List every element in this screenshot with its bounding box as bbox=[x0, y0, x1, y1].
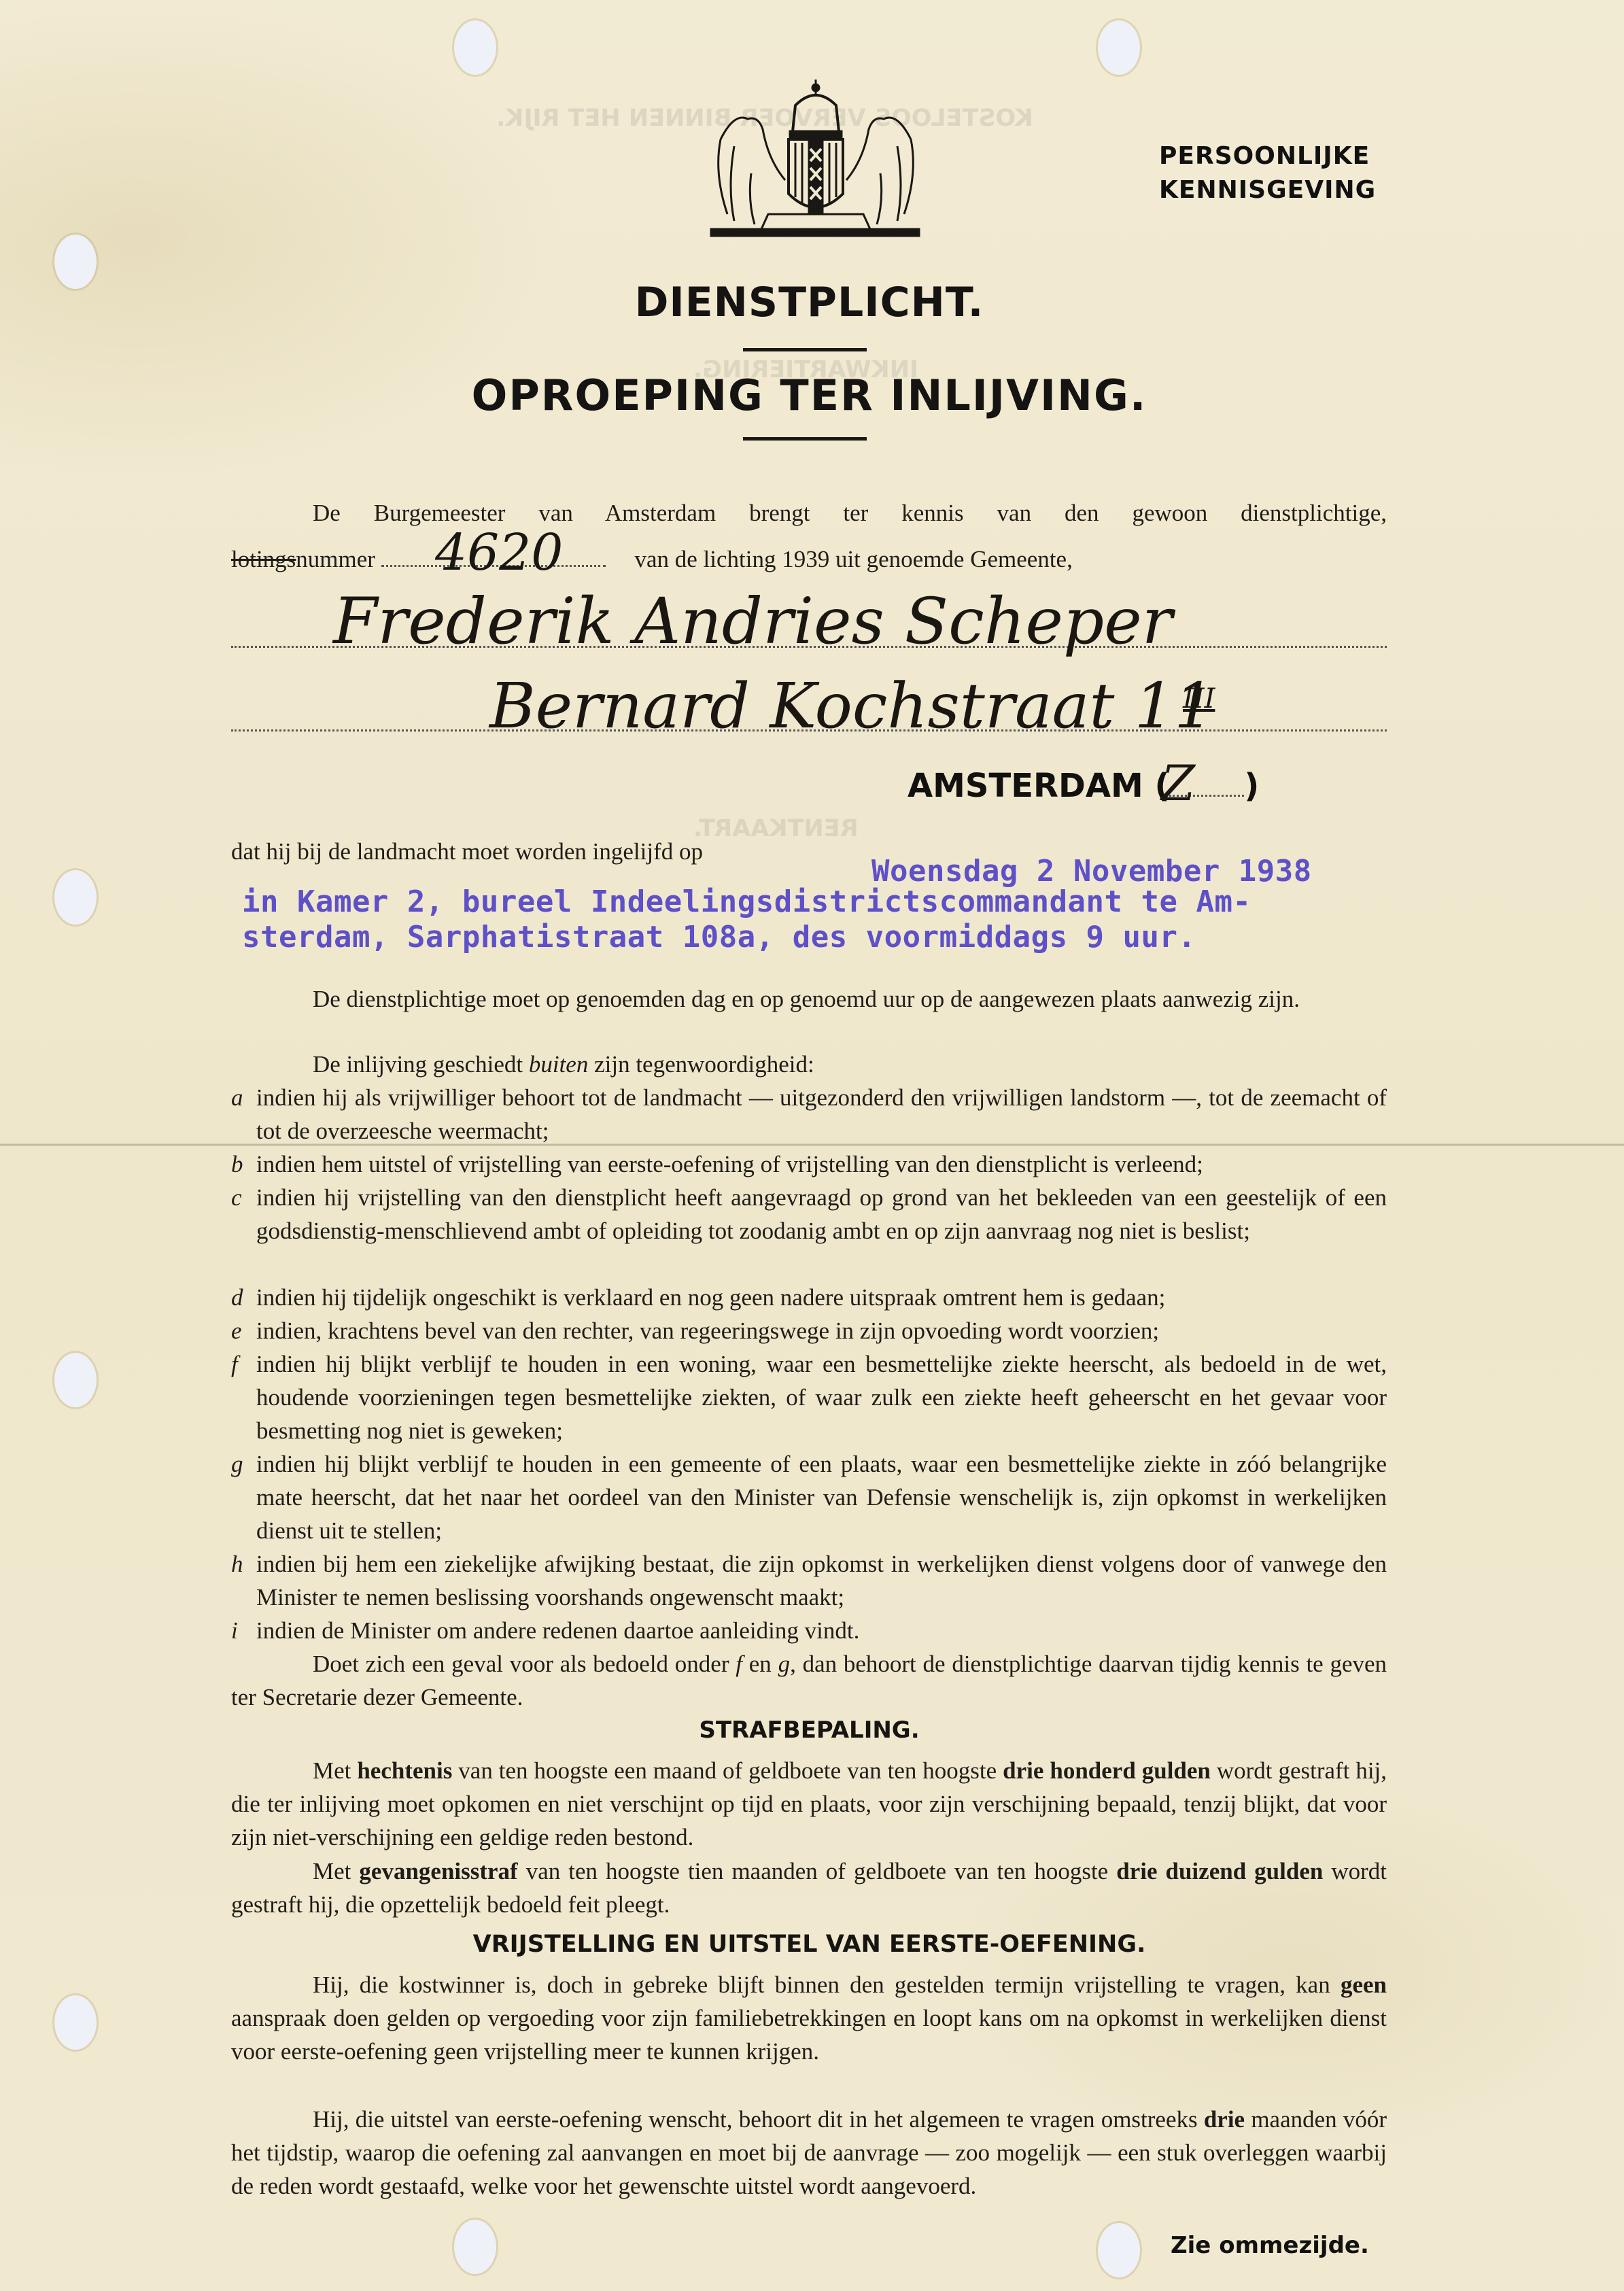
title-divider bbox=[743, 348, 867, 351]
condition-item: f indien hij blijkt verblijf te houden i… bbox=[231, 1347, 1387, 1447]
bleed-through-text: RENTKAART. bbox=[693, 812, 859, 846]
condition-item: i indien de Minister om andere redenen d… bbox=[231, 1614, 1387, 1647]
condition-label: c bbox=[231, 1181, 242, 1214]
notify-g: g bbox=[778, 1651, 791, 1677]
punch-hole bbox=[1098, 2223, 1140, 2277]
condition-item: b indien hem uitstel of vrijstelling van… bbox=[231, 1148, 1387, 1181]
presence-paragraph: De dienstplichtige moet op genoemden dag… bbox=[231, 982, 1387, 1016]
penalty1-bold1: hechtenis bbox=[357, 1757, 452, 1784]
notice-type-label: PERSOONLIJKE KENNISGEVING bbox=[1159, 139, 1376, 207]
punch-hole bbox=[54, 870, 97, 925]
condition-label: h bbox=[231, 1547, 243, 1581]
city-close: ) bbox=[1244, 767, 1259, 805]
district-handwritten: Z bbox=[1161, 755, 1195, 812]
exemption-paragraph-1: Hij, die kostwinner is, doch in gebreke … bbox=[231, 1968, 1387, 2068]
condition-item: a indien hij als vrijwilliger behoort to… bbox=[231, 1081, 1387, 1148]
penalty-paragraph-2: Met gevangenisstraf van ten hoogste tien… bbox=[231, 1855, 1387, 1921]
notify-paragraph: Doet zich een geval voor als bedoeld ond… bbox=[231, 1647, 1387, 1714]
absence-intro-before: De inlijving geschiedt bbox=[313, 1051, 523, 1078]
punch-hole bbox=[54, 1995, 97, 2050]
intro-line: De Burgemeester van Amsterdam brengt ter… bbox=[231, 496, 1387, 530]
condition-item: c indien hij vrijstelling van den dienst… bbox=[231, 1181, 1387, 1247]
condition-text: indien hij tijdelijk ongeschikt is verkl… bbox=[256, 1281, 1387, 1314]
lot-number-handwritten: 4620 bbox=[435, 523, 563, 582]
summons-typed-location: in Kamer 2, bureel Indeelingsdistrictsco… bbox=[242, 884, 1251, 920]
condition-item: e indien, krachtens bevel van den rechte… bbox=[231, 1314, 1387, 1347]
condition-label: d bbox=[231, 1281, 243, 1314]
penalty-paragraph-1: Met hechtenis van ten hoogste een maand … bbox=[231, 1754, 1387, 1854]
condition-text: indien hem uitstel of vrijstelling van e… bbox=[256, 1148, 1387, 1181]
penalty2-b: van ten hoogste tien maanden of geldboet… bbox=[526, 1858, 1108, 1884]
exemption2-bold: drie bbox=[1204, 2106, 1245, 2133]
punch-hole bbox=[454, 20, 496, 75]
condition-item: h indien bij hem een ziekelijke afwijkin… bbox=[231, 1547, 1387, 1614]
penalty1-b: van ten hoogste een maand of geldboete v… bbox=[458, 1757, 997, 1784]
condition-text: indien, krachtens bevel van den rechter,… bbox=[256, 1314, 1387, 1347]
punch-hole bbox=[1098, 20, 1140, 75]
exemption1-b: aanspraak doen gelden op vergoeding voor… bbox=[231, 2005, 1387, 2065]
penalty1-bold2: drie honderd gulden bbox=[1003, 1757, 1211, 1784]
amsterdam-coat-of-arms-icon bbox=[707, 78, 925, 241]
vrijstelling-heading: VRIJSTELLING EN UITSTEL VAN EERSTE-OEFEN… bbox=[0, 1931, 1621, 1958]
condition-label: a bbox=[231, 1081, 243, 1114]
condition-text: indien bij hem een ziekelijke afwijking … bbox=[256, 1547, 1387, 1614]
condition-text: indien hij blijkt verblijf te houden in … bbox=[256, 1447, 1387, 1547]
condition-label: b bbox=[231, 1148, 243, 1181]
condition-text: indien hij vrijstelling van den dienstpl… bbox=[256, 1181, 1387, 1247]
lot-number-line: lotingsnummer van de lichting 1939 uit g… bbox=[231, 542, 1387, 576]
condition-text: indien de Minister om andere redenen daa… bbox=[256, 1614, 1387, 1647]
lot-label: nummer bbox=[296, 546, 375, 572]
absence-intro-after: zijn tegenwoordigheid: bbox=[594, 1051, 814, 1078]
exemption-paragraph-2: Hij, die uitstel van eerste-oefening wen… bbox=[231, 2103, 1387, 2203]
penalty1-a: Met bbox=[313, 1757, 351, 1784]
condition-item: g indien hij blijkt verblijf te houden i… bbox=[231, 1447, 1387, 1547]
document-subtitle: OPROEPING TER INLIJVING. bbox=[0, 371, 1621, 420]
punch-hole bbox=[454, 2220, 496, 2274]
notify-before: Doet zich een geval voor als bedoeld ond… bbox=[313, 1651, 729, 1677]
strafbepaling-heading: STRAFBEPALING. bbox=[0, 1717, 1621, 1744]
turn-over-note: Zie ommezijde. bbox=[1171, 2232, 1369, 2259]
city-name: AMSTERDAM ( bbox=[908, 767, 1169, 805]
address-handwritten: Bernard Kochstraat 11 bbox=[489, 670, 1214, 742]
lot-label-struck: lotings bbox=[231, 546, 296, 572]
punch-hole bbox=[54, 1353, 97, 1407]
lot-after: van de lichting 1939 uit genoemde Gemeen… bbox=[634, 546, 1072, 572]
condition-label: e bbox=[231, 1314, 242, 1347]
condition-text: indien hij blijkt verblijf te houden in … bbox=[256, 1347, 1387, 1447]
penalty2-a: Met bbox=[313, 1858, 351, 1884]
summons-typed-address: sterdam, Sarphatistraat 108a, des voormi… bbox=[242, 919, 1196, 956]
condition-item: d indien hij tijdelijk ongeschikt is ver… bbox=[231, 1281, 1387, 1314]
penalty2-bold2: drie duizend gulden bbox=[1116, 1858, 1323, 1884]
condition-text: indien hij als vrijwilliger behoort tot … bbox=[256, 1081, 1387, 1148]
notice-type-line1: PERSOONLIJKE bbox=[1159, 139, 1376, 173]
exemption1-a: Hij, die kostwinner is, doch in gebreke … bbox=[313, 1971, 1330, 1998]
floor-handwritten: III bbox=[1183, 683, 1215, 714]
city-label: AMSTERDAM () bbox=[908, 767, 1259, 805]
absence-intro-italic: buiten bbox=[529, 1051, 588, 1078]
summons-printed: dat hij bij de landmacht moet worden ing… bbox=[231, 835, 703, 868]
condition-label: i bbox=[231, 1614, 238, 1647]
notify-en: en bbox=[749, 1651, 772, 1677]
condition-label: g bbox=[231, 1447, 243, 1481]
exemption2-a: Hij, die uitstel van eerste-oefening wen… bbox=[313, 2106, 1198, 2133]
absence-intro: De inlijving geschiedt buiten zijn tegen… bbox=[231, 1048, 1387, 1081]
notify-f: f bbox=[736, 1651, 742, 1677]
condition-label: f bbox=[231, 1347, 238, 1381]
name-handwritten: Frederik Andries Scheper bbox=[333, 585, 1173, 659]
notice-type-line2: KENNISGEVING bbox=[1159, 173, 1376, 207]
exemption1-bold: geen bbox=[1341, 1971, 1387, 1998]
penalty2-bold1: gevangenisstraf bbox=[359, 1858, 517, 1884]
subtitle-divider bbox=[743, 437, 867, 441]
document-title: DIENSTPLICHT. bbox=[0, 279, 1621, 326]
